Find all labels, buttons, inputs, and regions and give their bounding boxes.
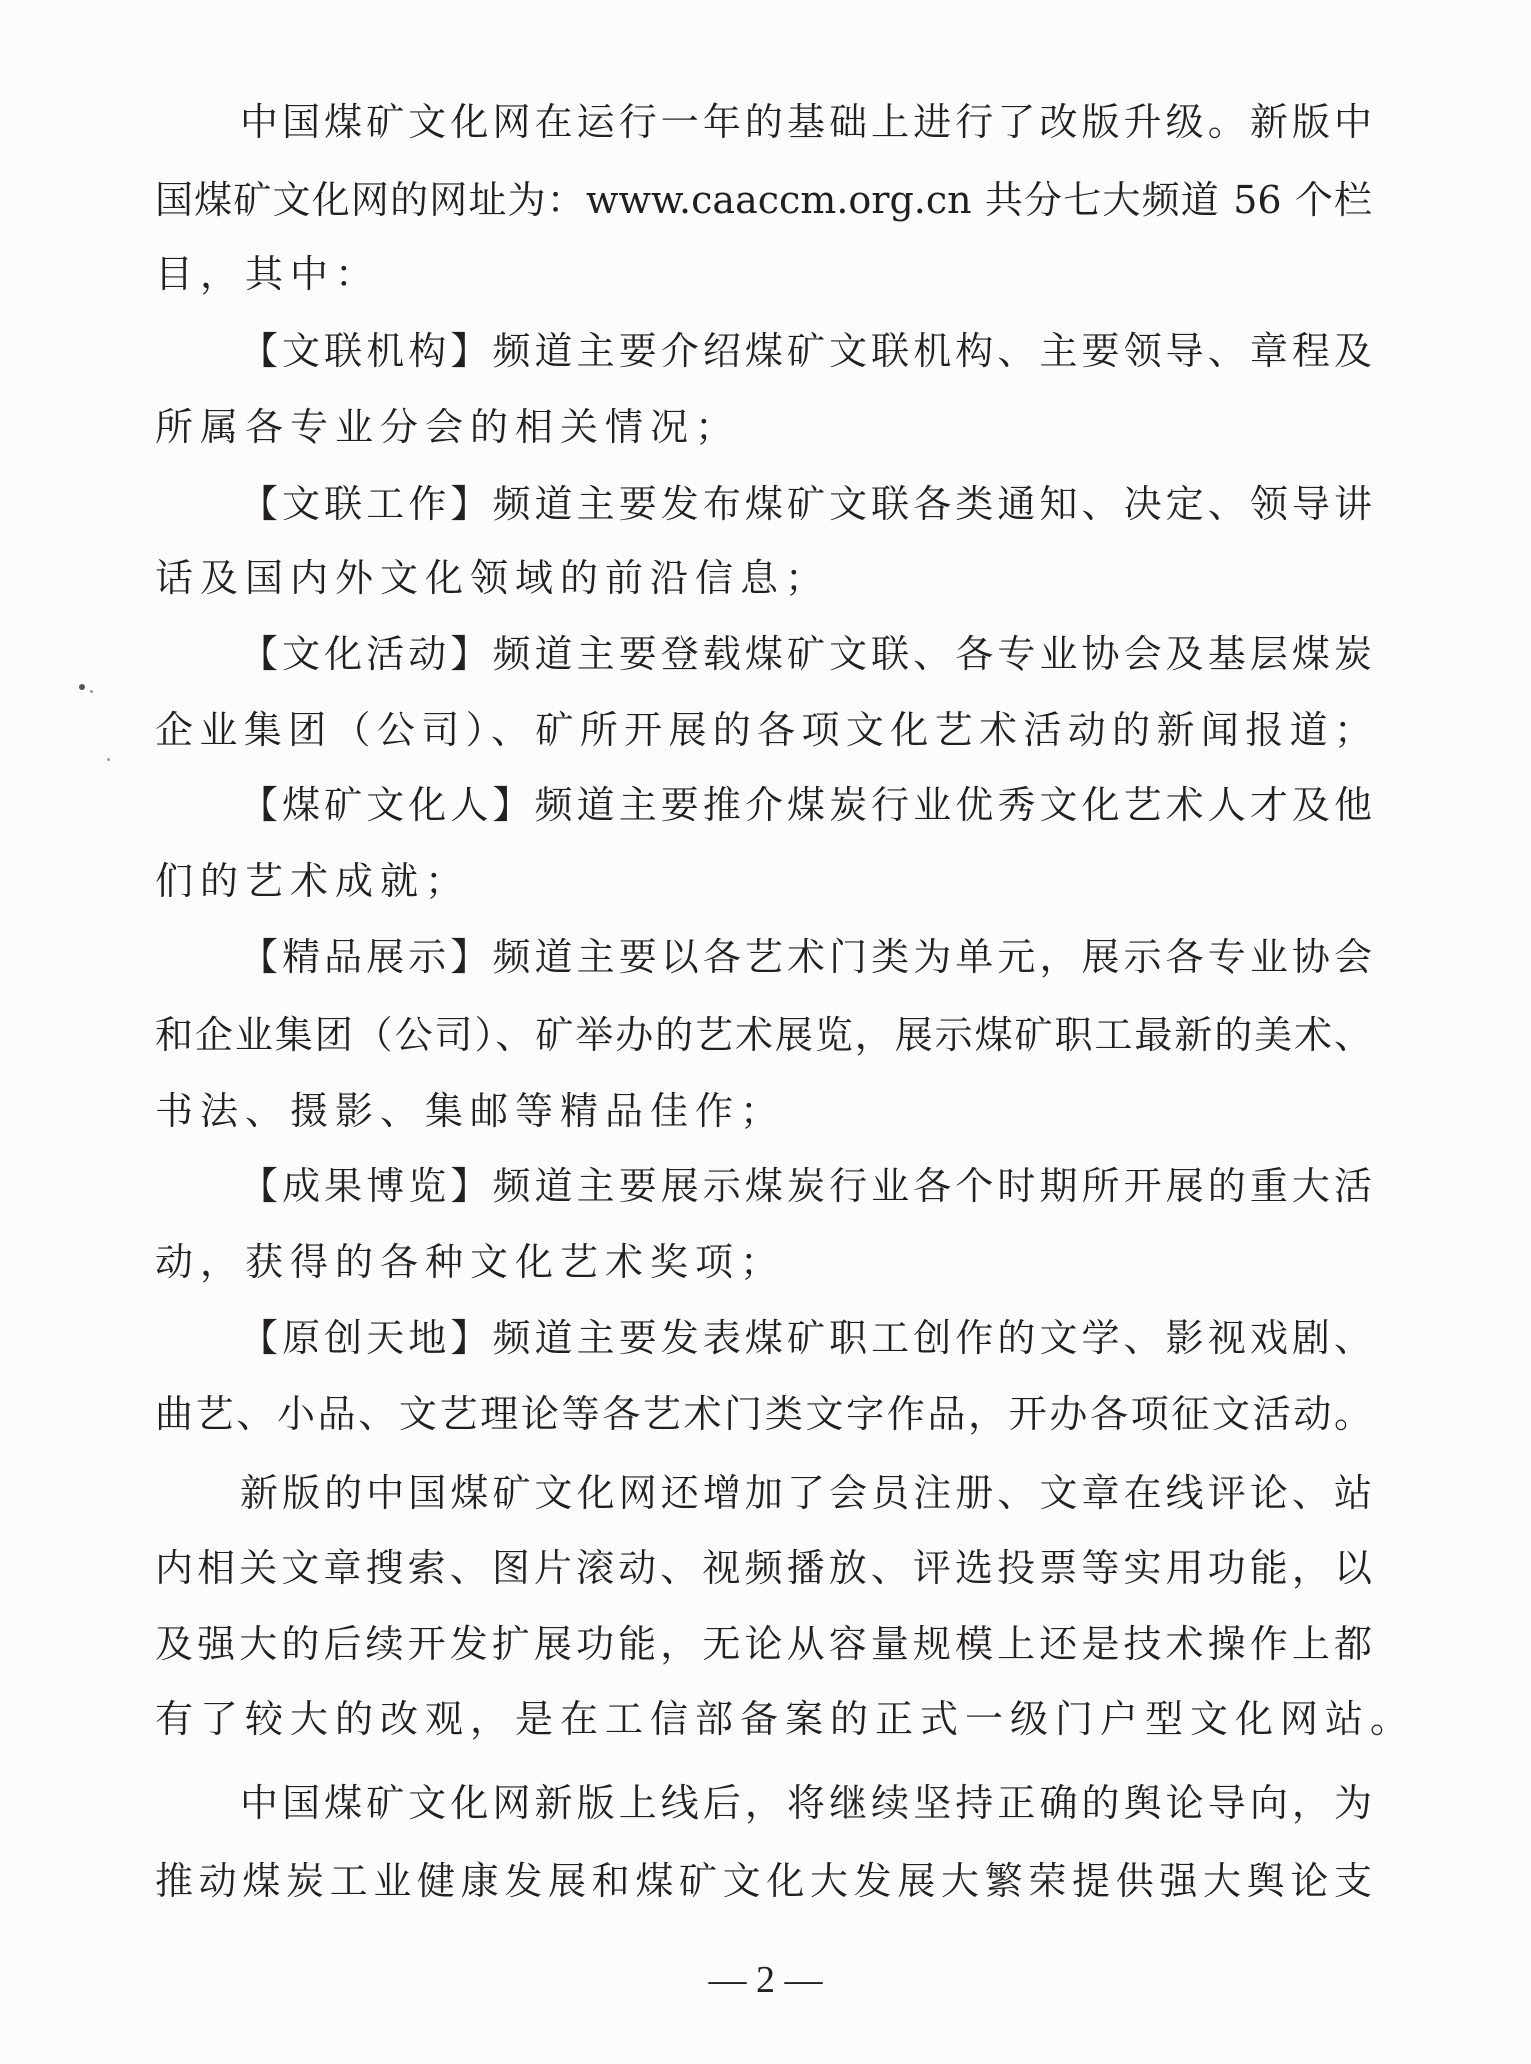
body-text-line: 中国煤矿文化网新版上线后，将继续坚持正确的舆论导向，为: [240, 1775, 1372, 1831]
body-text-line: 【精品展示】频道主要以各艺术门类为单元，展示各专业协会: [240, 929, 1372, 985]
body-text-line: 有了较大的改观，是在工信部备案的正式一级门户型文化网站。: [155, 1691, 1372, 1747]
body-text-line: 及强大的后续开发扩展功能，无论从容量规模上还是技术操作上都: [155, 1616, 1372, 1672]
body-text-line: 们的艺术成就；: [155, 853, 1372, 909]
body-text-line: 新版的中国煤矿文化网还增加了会员注册、文章在线评论、站: [240, 1465, 1372, 1521]
body-text-line: 曲艺、小品、文艺理论等各艺术门类文字作品，开办各项征文活动。: [155, 1386, 1372, 1442]
document-page: 中国煤矿文化网在运行一年的基础上进行了改版升级。新版中 国煤矿文化网的网址为：w…: [0, 0, 1531, 2064]
scan-speck: [90, 690, 93, 693]
scan-speck: [107, 758, 110, 761]
body-text-line: 动，获得的各种文化艺术奖项；: [155, 1234, 1372, 1290]
body-text-line: 目，其中：: [155, 246, 1372, 302]
body-text-line: 【文化活动】频道主要登载煤矿文联、各专业协会及基层煤炭: [240, 626, 1372, 682]
body-text-line: 推动煤炭工业健康发展和煤矿文化大发展大繁荣提供强大舆论支: [155, 1853, 1372, 1909]
body-text-line: 【文联工作】频道主要发布煤矿文联各类通知、决定、领导讲: [240, 476, 1372, 532]
body-text-line: 【成果博览】频道主要展示煤炭行业各个时期所开展的重大活: [240, 1158, 1372, 1214]
body-text-line: 书法、摄影、集邮等精品佳作；: [155, 1083, 1372, 1139]
body-text-line: 所属各专业分会的相关情况；: [155, 399, 1372, 455]
body-text-line: 【文联机构】频道主要介绍煤矿文联机构、主要领导、章程及: [240, 323, 1372, 379]
body-text-line: 【煤矿文化人】频道主要推介煤炭行业优秀文化艺术人才及他: [240, 777, 1372, 833]
body-text-line: 国煤矿文化网的网址为：www.caaccm.org.cn 共分七大频道 56 个…: [155, 172, 1372, 228]
scan-speck: [79, 684, 85, 690]
body-text-line: 企业集团（公司）、矿所开展的各项文化艺术活动的新闻报道；: [155, 702, 1372, 758]
body-text-line: 【原创天地】频道主要发表煤矿职工创作的文学、影视戏剧、: [240, 1310, 1372, 1366]
body-text-line: 和企业集团（公司）、矿举办的艺术展览，展示煤矿职工最新的美术、: [155, 1007, 1372, 1063]
body-text-line: 中国煤矿文化网在运行一年的基础上进行了改版升级。新版中: [240, 94, 1372, 150]
page-number: — 2 —: [0, 1958, 1531, 2002]
body-text-line: 内相关文章搜索、图片滚动、视频播放、评选投票等实用功能，以: [155, 1540, 1372, 1596]
body-text-line: 话及国内外文化领域的前沿信息；: [155, 550, 1372, 606]
